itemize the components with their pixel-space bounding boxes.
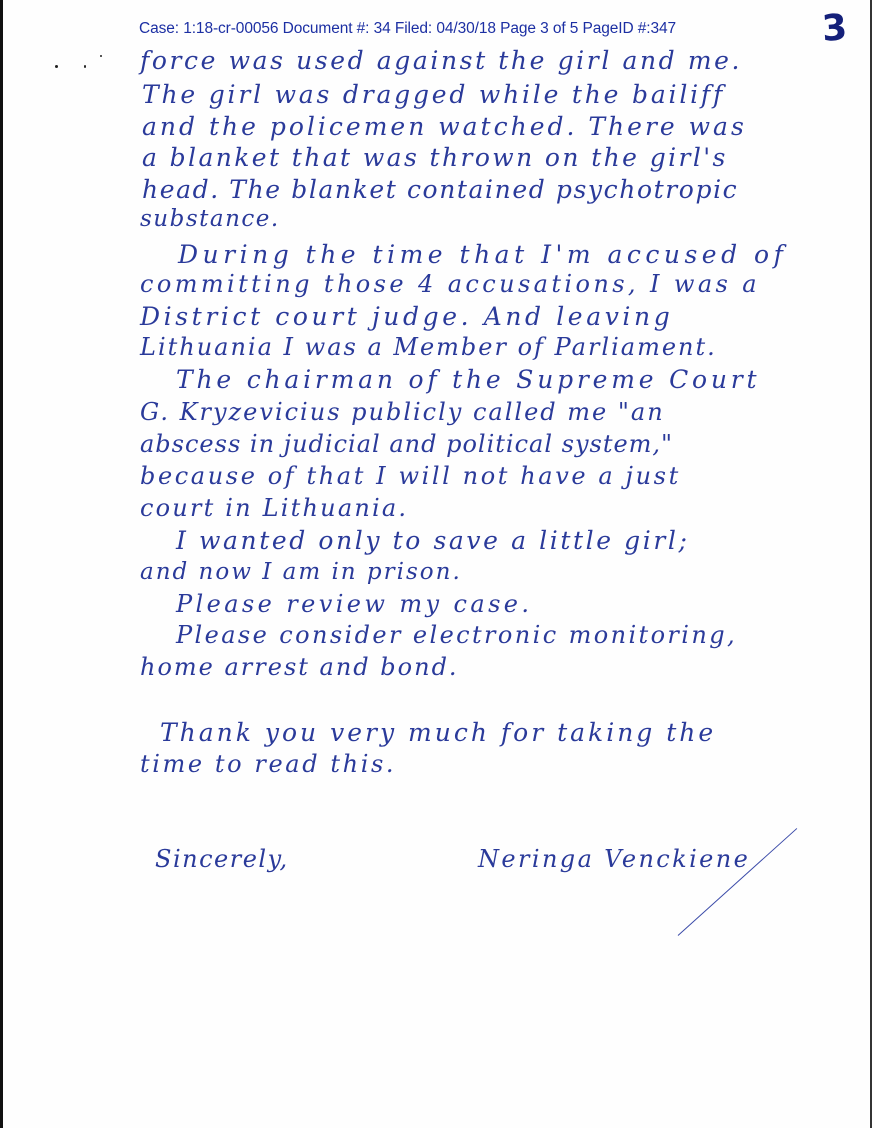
letter-line: time to read this. (140, 750, 396, 778)
letter-line: a blanket that was thrown on the girl's (142, 143, 728, 172)
scan-edge-right (870, 0, 872, 1128)
court-filing-stamp: Case: 1:18-cr-00056 Document #: 34 Filed… (139, 20, 676, 38)
letter-line: force was used against the girl and me. (140, 46, 742, 75)
handwritten-page-number: 3 (821, 7, 849, 50)
letter-line: Please consider electronic monitoring, (176, 621, 737, 649)
letter-line: court in Lithuania. (140, 494, 408, 522)
letter-line: District court judge. And leaving (140, 302, 673, 331)
letter-line: committing those 4 accusations, I was a (140, 270, 760, 298)
letter-line: During the time that I'm accused of (178, 240, 787, 269)
letter-line: head. The blanket contained psychotropic (142, 175, 738, 204)
signature-name: Neringa Venckiene (478, 845, 750, 873)
letter-line: Thank you very much for taking the (160, 718, 716, 747)
letter-line: and now I am in prison. (140, 559, 462, 585)
letter-line: home arrest and bond. (140, 653, 459, 681)
letter-line: because of that I will not have a just (140, 462, 681, 490)
document-page: Case: 1:18-cr-00056 Document #: 34 Filed… (0, 0, 875, 1128)
letter-line: I wanted only to save a little girl; (176, 526, 690, 555)
letter-line: Please review my case. (176, 590, 532, 618)
letter-line: abscess in judicial and political system… (140, 430, 673, 458)
letter-line: substance. (140, 206, 280, 232)
scan-edge-left (0, 0, 3, 1128)
letter-line: The girl was dragged while the bailiff (142, 80, 725, 109)
letter-closing: Sincerely, (155, 845, 289, 873)
letter-line: and the policemen watched. There was (142, 112, 747, 141)
letter-line: G. Kryzevicius publicly called me "an (140, 398, 665, 426)
letter-line: Lithuania I was a Member of Parliament. (140, 333, 717, 361)
letter-line: The chairman of the Supreme Court (176, 365, 760, 394)
